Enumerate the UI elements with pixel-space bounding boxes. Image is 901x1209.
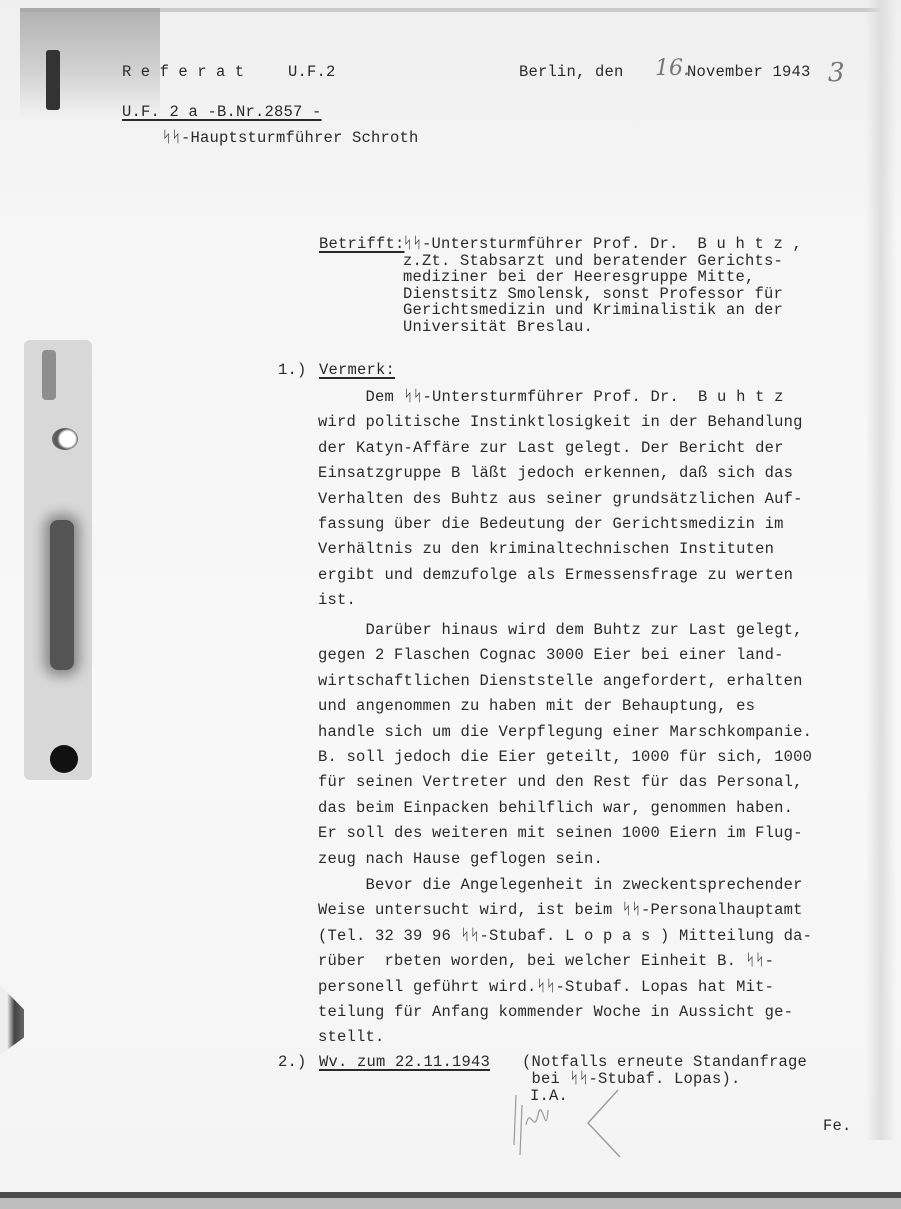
memo-line: Dem ᛋᛋ-Untersturmführer Prof. Dr. B u h … bbox=[318, 389, 784, 406]
subject-line: mediziner bei der Heeresgruppe Mitte, bbox=[403, 269, 755, 286]
memo-line: B. soll jedoch die Eier geteilt, 1000 fü… bbox=[318, 749, 812, 766]
binder-mark bbox=[42, 350, 56, 400]
memo-line: zeug nach Hause geflogen sein. bbox=[318, 851, 603, 868]
section-1-number: 1.) bbox=[278, 362, 307, 379]
memo-line: ergibt und demzufolge als Ermessensfrage… bbox=[318, 567, 793, 584]
memo-line: wirtschaftlichen Dienststelle angeforder… bbox=[318, 673, 803, 690]
document-page: Referat U.F.2 Berlin, den 16. November 1… bbox=[0, 0, 901, 1209]
subject-line: ᛋᛋ-Untersturmführer Prof. Dr. B u h t z … bbox=[403, 236, 802, 253]
subject-line: Gerichtsmedizin und Kriminalistik an der bbox=[403, 302, 783, 319]
memo-line: Er soll des weiteren mit seinen 1000 Eie… bbox=[318, 825, 803, 842]
memo-line: für seinen Vertreter und den Rest für da… bbox=[318, 774, 803, 791]
memo-line: der Katyn-Affäre zur Last gelegt. Der Be… bbox=[318, 440, 784, 457]
subject-line: z.Zt. Stabsarzt und beratender Gerichts- bbox=[403, 253, 783, 270]
subject-line: Universität Breslau. bbox=[403, 319, 593, 336]
resubmission-note-1: (Notfalls erneute Standanfrage bbox=[522, 1054, 807, 1071]
punch-hole bbox=[50, 745, 78, 773]
memo-line: ist. bbox=[318, 592, 356, 609]
place-date-prefix: Berlin, den bbox=[519, 64, 624, 81]
memo-line: fassung über die Bedeutung der Gerichtsm… bbox=[318, 516, 784, 533]
memo-line: rüber rbeten worden, bei welcher Einheit… bbox=[318, 953, 774, 970]
subject-label: Betrifft: bbox=[319, 236, 405, 253]
referat-unit: U.F.2 bbox=[288, 64, 336, 81]
section-2-number: 2.) bbox=[278, 1054, 307, 1071]
memo-line: Verhältnis zu den kriminaltechnischen In… bbox=[318, 541, 774, 558]
binder-clip bbox=[50, 520, 74, 670]
memo-line: Weise untersucht wird, ist beim ᛋᛋ-Perso… bbox=[318, 902, 803, 919]
page-fold-edge bbox=[866, 0, 896, 1140]
memo-line: (Tel. 32 39 96 ᛋᛋ-Stubaf. L o p a s ) Mi… bbox=[318, 928, 812, 945]
handwritten-margin-mark: 3 bbox=[828, 58, 845, 88]
handwritten-signature bbox=[508, 1085, 628, 1160]
memo-line: das beim Einpacken behilflich war, genom… bbox=[318, 800, 793, 817]
tear-mark bbox=[0, 985, 24, 1055]
punch-hole bbox=[52, 428, 78, 450]
handwritten-day: 16. bbox=[655, 56, 690, 81]
scan-bottom-edge bbox=[0, 1198, 901, 1209]
referat-label: Referat bbox=[122, 64, 254, 81]
memo-line: wird politische Instinktlosigkeit in der… bbox=[318, 414, 803, 431]
resubmission-date: Wv. zum 22.11.1943 bbox=[319, 1054, 490, 1071]
recipient: ᛋᛋ-Hauptsturmführer Schroth bbox=[162, 130, 419, 147]
memo-line: gegen 2 Flaschen Cognac 3000 Eier bei ei… bbox=[318, 647, 784, 664]
subject-line: Dienstsitz Smolensk, sonst Professor für bbox=[403, 286, 783, 303]
memo-line: teilung für Anfang kommender Woche in Au… bbox=[318, 1004, 793, 1021]
memo-line: und angenommen zu haben mit der Behauptu… bbox=[318, 698, 755, 715]
memo-line: Bevor die Angelegenheit in zweckentsprec… bbox=[318, 877, 803, 894]
memo-line: Darüber hinaus wird dem Buhtz zur Last g… bbox=[318, 622, 803, 639]
typist-initials: Fe. bbox=[823, 1118, 852, 1135]
memo-line: Einsatzgruppe B läßt jedoch erkennen, da… bbox=[318, 465, 793, 482]
memo-line: personell geführt wird.ᛋᛋ-Stubaf. Lopas … bbox=[318, 979, 774, 996]
memo-line: handle sich um die Verpflegung einer Mar… bbox=[318, 724, 812, 741]
reference-number: U.F. 2 a -B.Nr.2857 - bbox=[122, 104, 322, 121]
tear-mark bbox=[46, 50, 60, 110]
section-1-label: Vermerk: bbox=[319, 362, 395, 379]
memo-line: stellt. bbox=[318, 1029, 385, 1046]
memo-line: Verhalten des Buhtz aus seiner grundsätz… bbox=[318, 491, 803, 508]
date-suffix: November 1943 bbox=[687, 64, 811, 81]
